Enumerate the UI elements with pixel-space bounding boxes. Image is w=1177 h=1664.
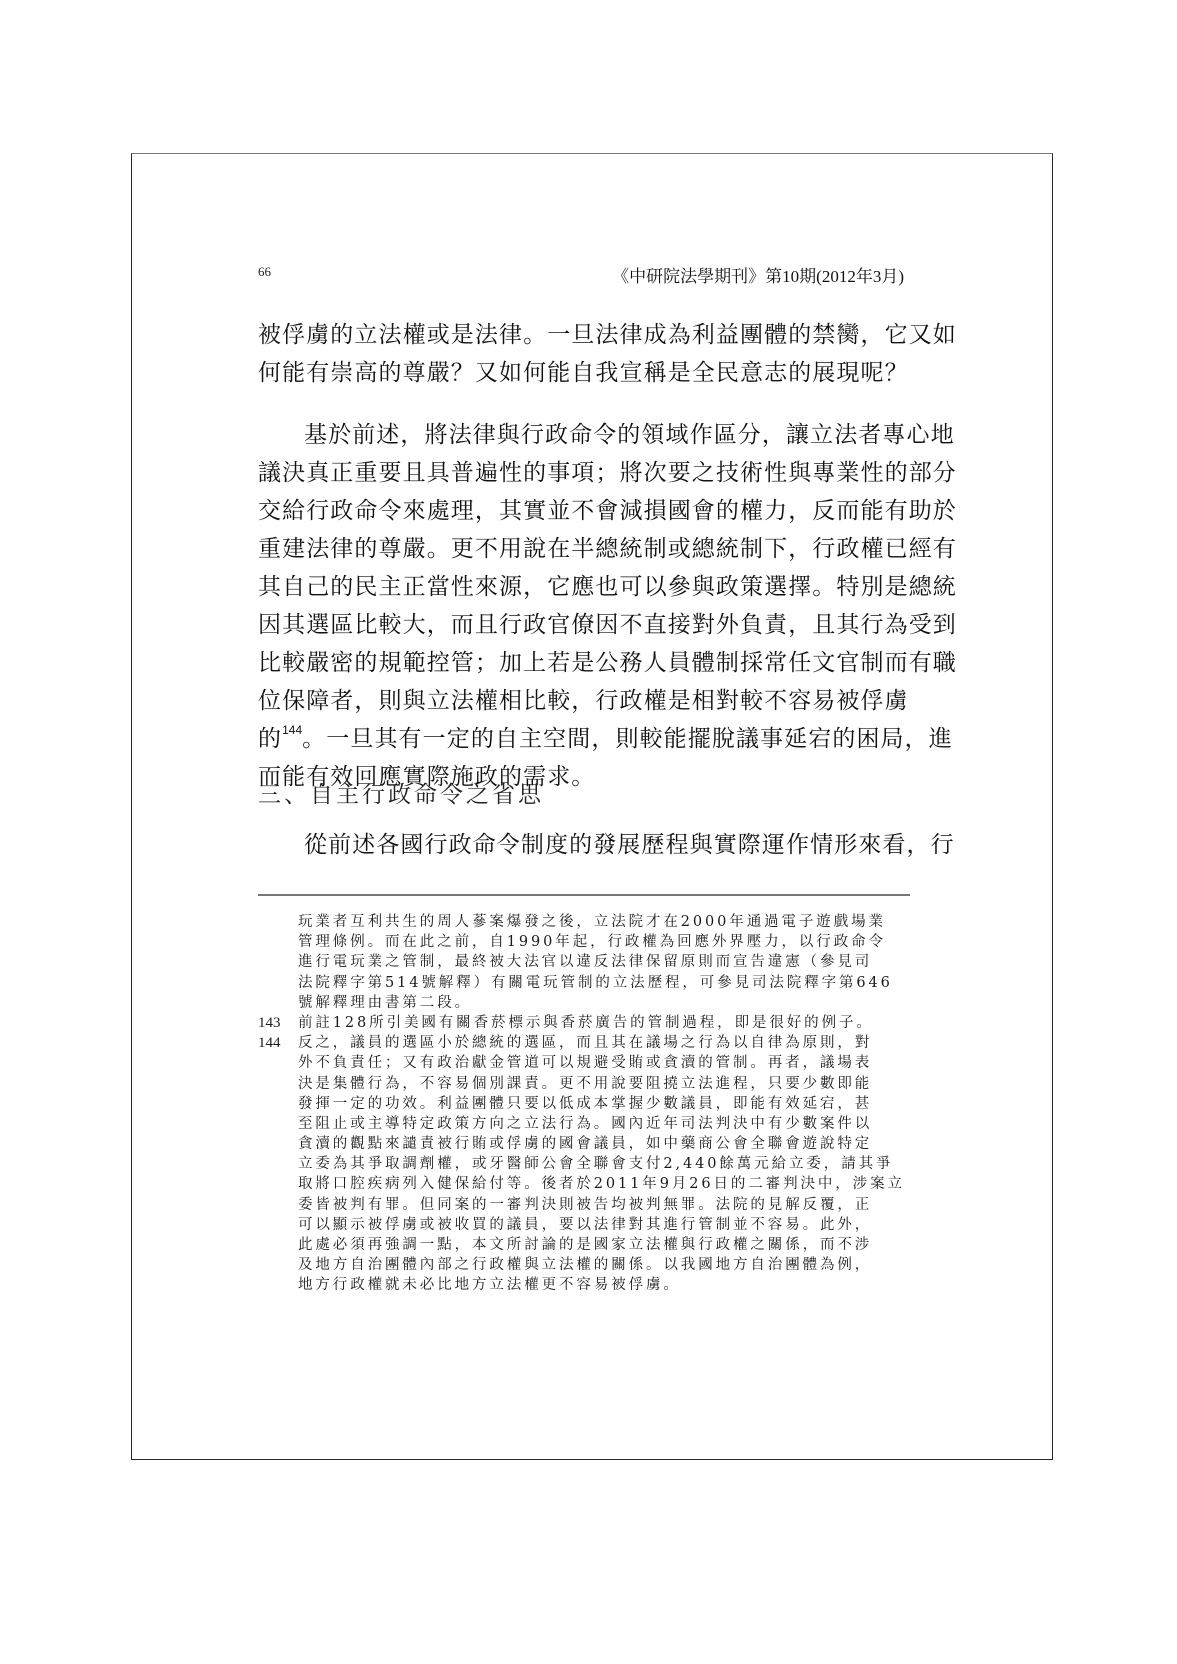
footnote-line: 委皆被判有罪。但同案的一審判決則被告均被判無罪。法院的見解反覆，正 (258, 1195, 910, 1215)
footnote-line: 貪瀆的觀點來譴責被行賄或俘虜的國會議員，如中藥商公會全聯會遊說特定 (258, 1134, 910, 1154)
text-fragment: 的 (258, 726, 282, 752)
footnote-number: 144 (258, 1033, 281, 1053)
text-line: 其自己的民主正當性來源，它應也可以參與政策選擇。特別是總統 (258, 568, 908, 606)
footnote-number: 143 (258, 1013, 281, 1033)
footnote-line: 管理條例。而在此之前，自1990年起，行政權為回應外界壓力，以行政命令 (258, 932, 910, 952)
text-line: 議決真正重要且具普遍性的事項；將次要之技術性與專業性的部分 (258, 454, 908, 492)
paragraph-3: 從前述各國行政命令制度的發展歷程與實際運作情形來看，行 (258, 826, 908, 864)
text-line: 基於前述，將法律與行政命令的領域作區分，讓立法者專心地 (258, 416, 908, 454)
footnote-line: 外不負責任；又有政治獻金管道可以規避受賄或貪瀆的管制。再者，議場表 (258, 1053, 910, 1073)
footnote-reference-144[interactable]: 144 (282, 723, 302, 737)
footnote-line: 及地方自治團體內部之行政權與立法權的關係。以我國地方自治團體為例， (258, 1255, 910, 1275)
footnote-separator (258, 894, 910, 896)
journal-title: 《中研院法學期刊》第10期(2012年3月) (612, 262, 904, 287)
text-fragment: 。一旦其有一定的自主空間，則較能擺脫議事延宕的困局，進 (302, 726, 953, 752)
footnote-line: 法院釋字第514號解釋）有關電玩管制的立法歷程，可參見司法院釋字第646 (258, 973, 910, 993)
footnote-line: 反之，議員的選區小於總統的選區，而且其在議場之行為以自律為原則，對 (258, 1033, 910, 1053)
section-heading: 三、自主行政命令之省思 (258, 776, 544, 809)
footnote-line: 此處必須再強調一點，本文所討論的是國家立法權與行政權之關係，而不涉 (258, 1235, 910, 1255)
footnote-line: 地方行政權就未必比地方立法權更不容易被俘虜。 (258, 1275, 910, 1295)
text-line: 被俘虜的立法權或是法律。一旦法律成為利益團體的禁臠，它又如 (258, 316, 908, 354)
footnote-line: 玩業者互利共生的周人蔘案爆發之後，立法院才在2000年通過電子遊戲場業 (258, 912, 910, 932)
footnotes: 玩業者互利共生的周人蔘案爆發之後，立法院才在2000年通過電子遊戲場業 管理條例… (258, 912, 910, 1296)
footnote-line: 立委為其爭取調劑權，或牙醫師公會全聯會支付2,440餘萬元給立委，請其爭 (258, 1154, 910, 1174)
text-line: 的144。一旦其有一定的自主空間，則較能擺脫議事延宕的困局，進 (258, 720, 908, 758)
paragraph-2: 基於前述，將法律與行政命令的領域作區分，讓立法者專心地 議決真正重要且具普遍性的… (258, 416, 908, 796)
page-number: 66 (258, 264, 271, 280)
footnote-line: 前註128所引美國有關香菸標示與香菸廣告的管制過程，即是很好的例子。 (258, 1013, 910, 1033)
footnote-line: 發揮一定的功效。利益團體只要以低成本掌握少數議員，即能有效延宕，甚 (258, 1094, 910, 1114)
footnote-line: 取將口腔疾病列入健保給付等。後者於2011年9月26日的二審判決中，涉案立 (258, 1174, 910, 1194)
text-line: 因其選區比較大，而且行政官僚因不直接對外負責，且其行為受到 (258, 606, 908, 644)
text-line: 比較嚴密的規範控管；加上若是公務人員體制採常任文官制而有職 (258, 644, 908, 682)
footnote-143: 143 前註128所引美國有關香菸標示與香菸廣告的管制過程，即是很好的例子。 (258, 1013, 910, 1033)
footnote-line: 可以顯示被俘虜或被收買的議員，要以法律對其進行管制並不容易。此外， (258, 1215, 910, 1235)
footnote-line: 至阻止或主導特定政策方向之立法行為。國內近年司法判決中有少數案件以 (258, 1114, 910, 1134)
text-line: 位保障者，則與立法權相比較，行政權是相對較不容易被俘虜 (258, 682, 908, 720)
footnote-line: 決是集體行為，不容易個別課責。更不用說要阻撓立法進程，只要少數即能 (258, 1074, 910, 1094)
text-line: 交給行政命令來處理，其實並不會減損國會的權力，反而能有助於 (258, 492, 908, 530)
footnote-line: 進行電玩業之管制，最終被大法官以違反法律保留原則而宣告違憲（參見司 (258, 952, 910, 972)
footnote-line: 號解釋理由書第二段。 (258, 993, 910, 1013)
footnote-144: 144 反之，議員的選區小於總統的選區，而且其在議場之行為以自律為原則，對 外不… (258, 1033, 910, 1295)
running-header: 66 《中研院法學期刊》第10期(2012年3月) (258, 262, 904, 286)
footnote-142-continuation: 玩業者互利共生的周人蔘案爆發之後，立法院才在2000年通過電子遊戲場業 管理條例… (258, 912, 910, 1013)
text-line: 何能有崇高的尊嚴？又如何能自我宣稱是全民意志的展現呢？ (258, 354, 908, 392)
text-line: 重建法律的尊嚴。更不用說在半總統制或總統制下，行政權已經有 (258, 530, 908, 568)
text-line: 從前述各國行政命令制度的發展歷程與實際運作情形來看，行 (258, 826, 908, 864)
paragraph-1: 被俘虜的立法權或是法律。一旦法律成為利益團體的禁臠，它又如 何能有崇高的尊嚴？又… (258, 316, 908, 392)
